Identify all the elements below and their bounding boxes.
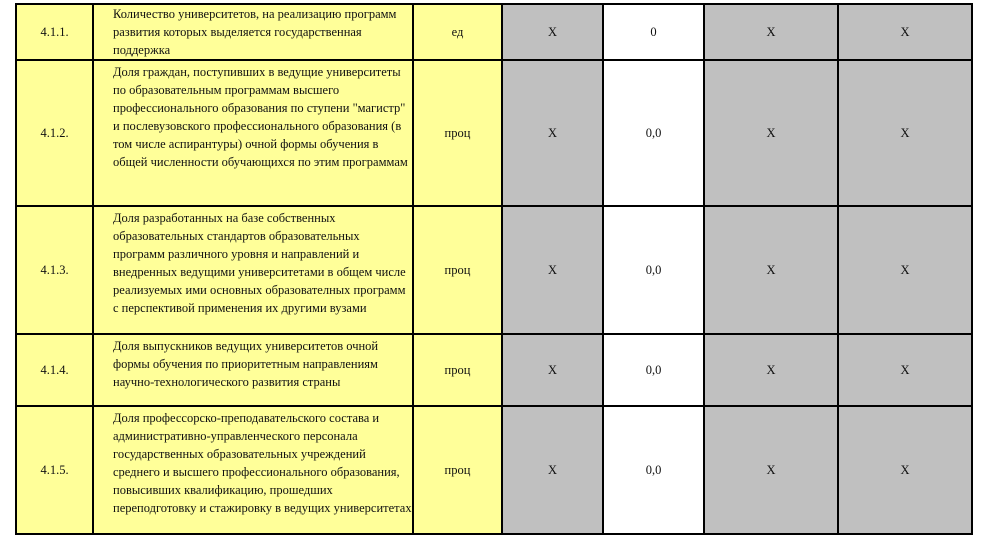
table-row: 4.1.4. Доля выпускников ведущих универси… [16,334,972,406]
indicator-unit: проц [413,206,502,334]
placeholder-cell: X [838,60,972,206]
placeholder-cell: X [704,4,838,60]
indicator-unit: проц [413,334,502,406]
indicator-unit: проц [413,60,502,206]
placeholder-cell: X [502,334,603,406]
placeholder-cell: X [502,406,603,534]
value-cell[interactable]: 0,0 [603,406,704,534]
indicator-description: Доля выпускников ведущих университетов о… [93,334,413,406]
placeholder-cell: X [704,334,838,406]
placeholder-cell: X [502,60,603,206]
table-row: 4.1.2. Доля граждан, поступивших в ведущ… [16,60,972,206]
indicator-unit: ед [413,4,502,60]
indicator-description: Количество университетов, на реализацию … [93,4,413,60]
table-row: 4.1.3. Доля разработанных на базе собств… [16,206,972,334]
value-cell[interactable]: 0,0 [603,60,704,206]
indicator-description: Доля граждан, поступивших в ведущие унив… [93,60,413,206]
placeholder-cell: X [704,406,838,534]
indicators-table-container: 4.1.1. Количество университетов, на реал… [15,3,973,535]
value-cell[interactable]: 0 [603,4,704,60]
indicator-number: 4.1.3. [16,206,93,334]
placeholder-cell: X [704,206,838,334]
indicator-description: Доля разработанных на базе собственных о… [93,206,413,334]
table-row: 4.1.1. Количество университетов, на реал… [16,4,972,60]
placeholder-cell: X [838,406,972,534]
placeholder-cell: X [838,4,972,60]
indicator-number: 4.1.5. [16,406,93,534]
indicator-number: 4.1.4. [16,334,93,406]
placeholder-cell: X [502,4,603,60]
indicator-unit: проц [413,406,502,534]
value-cell[interactable]: 0,0 [603,334,704,406]
indicators-table: 4.1.1. Количество университетов, на реал… [15,3,973,535]
placeholder-cell: X [502,206,603,334]
placeholder-cell: X [838,206,972,334]
placeholder-cell: X [704,60,838,206]
indicator-number: 4.1.2. [16,60,93,206]
table-row: 4.1.5. Доля профессорско-преподавательск… [16,406,972,534]
placeholder-cell: X [838,334,972,406]
indicator-description: Доля профессорско-преподавательского сос… [93,406,413,534]
indicator-number: 4.1.1. [16,4,93,60]
value-cell[interactable]: 0,0 [603,206,704,334]
